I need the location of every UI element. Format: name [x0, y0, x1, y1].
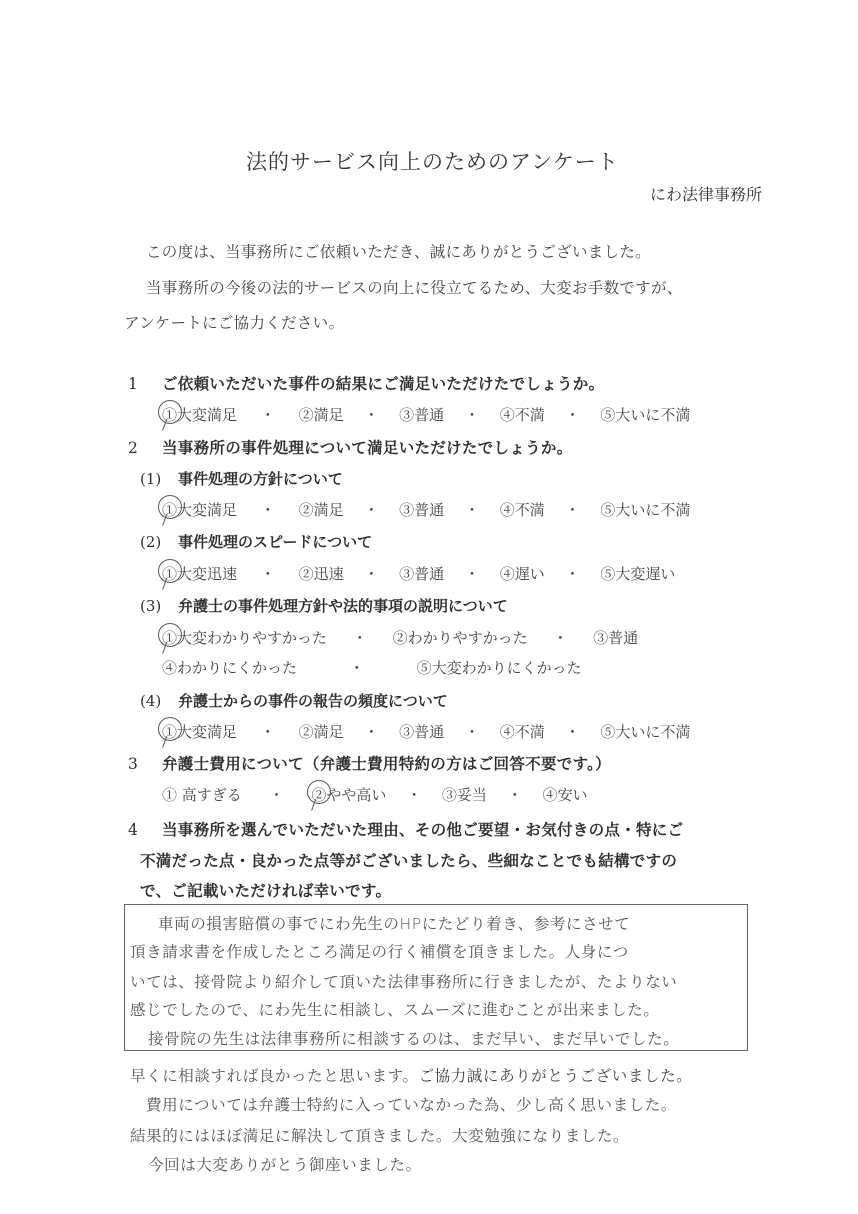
- option[interactable]: ④安い: [543, 784, 588, 805]
- question-number: 1: [128, 375, 162, 393]
- question-text: 当事務所を選んでいただいた理由、その他ご要望・お気付きの点・特にご: [162, 820, 683, 839]
- option[interactable]: ① 高すぎる: [162, 784, 242, 805]
- option[interactable]: ⑤大いに不満: [600, 404, 690, 425]
- question-text: 当事務所の事件処理について満足いただけたでしょうか。: [162, 438, 573, 457]
- option-selected[interactable]: ①大変迅速: [162, 563, 237, 584]
- survey-title: 法的サービス向上のためのアンケート: [246, 146, 619, 176]
- sub-question-number: (1): [140, 470, 178, 488]
- option[interactable]: ④不満: [500, 499, 545, 520]
- option[interactable]: ⑤大変わかりにくかった: [417, 657, 582, 678]
- option[interactable]: ③普通: [399, 404, 444, 425]
- question-2-3-options-row-2: ④わかりにくかった ・ ⑤大変わかりにくかった: [162, 657, 582, 678]
- handwritten-line-1: 車両の損害賠償の事でにわ先生のHPにたどり着き、参考にさせて: [158, 912, 630, 934]
- option[interactable]: ③普通: [399, 721, 444, 742]
- question-2-1: (1)事件処理の方針について: [140, 468, 343, 489]
- handwritten-line-9: 今回は大変ありがとう御座いました。: [148, 1153, 422, 1175]
- question-4-line-3: で、ご記載いただければ幸いです。: [140, 879, 391, 901]
- sub-question-text: 弁護士の事件処理方針や法的事項の説明について: [178, 597, 508, 615]
- option[interactable]: ⑤大いに不満: [600, 499, 690, 520]
- handwritten-line-2: 頂き請求書を作成したところ満足の行く補償を頂きました。人身につ: [130, 940, 629, 962]
- separator: ・: [332, 627, 388, 648]
- question-4-line-1: 4当事務所を選んでいただいた理由、その他ご要望・お気付きの点・特にご: [128, 818, 683, 840]
- separator: ・: [348, 404, 394, 425]
- question-number: 4: [128, 821, 162, 839]
- option[interactable]: ④わかりにくかった: [162, 657, 297, 678]
- option-selected[interactable]: ①大変満足: [162, 404, 237, 425]
- separator: ・: [550, 499, 596, 520]
- question-2-4: (4)弁護士からの事件の報告の頻度について: [140, 690, 448, 711]
- separator: ・: [242, 721, 294, 742]
- question-2-3-options-row-1: ①大変わかりやすかった ・ ②わかりやすかった ・ ③普通: [162, 627, 638, 648]
- separator: ・: [449, 404, 495, 425]
- question-2-4-options: ①大変満足 ・ ②満足 ・ ③普通 ・ ④不満 ・ ⑤大いに不満: [162, 721, 690, 742]
- option[interactable]: ③普通: [593, 627, 638, 648]
- sub-question-number: (4): [140, 692, 178, 710]
- separator: ・: [550, 563, 596, 584]
- intro-line-2: 当事務所の今後の法的サービスの向上に役立てるため、大変お手数ですが、: [146, 276, 683, 298]
- option-selected[interactable]: ②やや高い: [311, 784, 386, 805]
- separator: ・: [348, 721, 394, 742]
- separator: ・: [492, 784, 538, 805]
- firm-name: にわ法律事務所: [650, 182, 762, 205]
- option[interactable]: ④遅い: [500, 563, 545, 584]
- option[interactable]: ②迅速: [299, 563, 344, 584]
- option[interactable]: ②満足: [299, 499, 344, 520]
- question-3-options: ① 高すぎる ・ ②やや高い ・ ③妥当 ・ ④安い: [162, 784, 588, 805]
- separator: ・: [449, 499, 495, 520]
- separator: ・: [532, 627, 588, 648]
- printed-closing: ご協力誠にありがとうございました。: [419, 1067, 693, 1085]
- option[interactable]: ④不満: [500, 721, 545, 742]
- sub-question-number: (3): [140, 597, 178, 615]
- intro-line-1: この度は、当事務所にご依頼いただき、誠にありがとうございました。: [146, 240, 651, 262]
- question-number: 2: [128, 439, 162, 457]
- separator: ・: [550, 721, 596, 742]
- question-text: 弁護士費用について（弁護士費用特約の方はご回答不要です。）: [162, 754, 611, 773]
- question-2-2-options: ①大変迅速 ・ ②迅速 ・ ③普通 ・ ④遅い ・ ⑤大変遅い: [162, 563, 675, 584]
- separator: ・: [242, 563, 294, 584]
- option[interactable]: ②満足: [299, 404, 344, 425]
- separator: ・: [449, 721, 495, 742]
- intro-line-3: アンケートにご協力ください。: [124, 311, 344, 333]
- question-text: ご依頼いただいた事件の結果にご満足いただけたでしょうか。: [162, 374, 604, 393]
- question-number: 3: [128, 755, 162, 773]
- option[interactable]: ⑤大変遅い: [600, 563, 675, 584]
- separator: ・: [242, 499, 294, 520]
- option-selected[interactable]: ①大変満足: [162, 721, 237, 742]
- separator: ・: [302, 657, 412, 678]
- option[interactable]: ②わかりやすかった: [393, 627, 528, 648]
- handwritten-line-8: 結果的にはほぼ満足に解決して頂きました。大変勉強になりました。: [130, 1124, 629, 1146]
- handwritten-line-4: 感じでしたので、にわ先生に相談し、スムーズに進むことが出来ました。: [130, 998, 659, 1020]
- question-4-line-2: 不満だった点・良かった点等がございましたら、些細なことでも結構ですの: [140, 849, 677, 871]
- separator: ・: [550, 404, 596, 425]
- handwritten-line-6: 早くに相談すれば良かったと思います。: [130, 1067, 419, 1085]
- option[interactable]: ④不満: [500, 404, 545, 425]
- question-2: 2当事務所の事件処理について満足いただけたでしょうか。: [128, 436, 573, 458]
- option-selected[interactable]: ①大変満足: [162, 499, 237, 520]
- question-1-options: ①大変満足 ・ ②満足 ・ ③普通 ・ ④不満 ・ ⑤大いに不満: [162, 404, 690, 425]
- option-selected[interactable]: ①大変わかりやすかった: [162, 627, 327, 648]
- separator: ・: [391, 784, 437, 805]
- sub-question-text: 弁護士からの事件の報告の頻度について: [178, 692, 448, 710]
- question-2-3: (3)弁護士の事件処理方針や法的事項の説明について: [140, 595, 508, 616]
- separator: ・: [247, 784, 307, 805]
- question-1: 1ご依頼いただいた事件の結果にご満足いただけたでしょうか。: [128, 372, 604, 394]
- separator: ・: [348, 563, 394, 584]
- option[interactable]: ③普通: [399, 563, 444, 584]
- handwritten-line-5: 接骨院の先生は法律事務所に相談するのは、まだ早い、まだ早いでした。: [148, 1027, 679, 1049]
- separator: ・: [348, 499, 394, 520]
- sub-question-number: (2): [140, 533, 178, 551]
- handwritten-line-6-row: 早くに相談すれば良かったと思います。ご協力誠にありがとうございました。: [130, 1064, 692, 1086]
- question-2-1-options: ①大変満足 ・ ②満足 ・ ③普通 ・ ④不満 ・ ⑤大いに不満: [162, 499, 690, 520]
- handwritten-line-7: 費用については弁護士特約に入っていなかった為、少し高く思いました。: [146, 1093, 677, 1115]
- sub-question-text: 事件処理の方針について: [178, 470, 343, 488]
- question-3: 3弁護士費用について（弁護士費用特約の方はご回答不要です。）: [128, 752, 611, 774]
- question-2-2: (2)事件処理のスピードについて: [140, 531, 372, 552]
- handwritten-line-3: いては、接骨院より紹介して頂いた法律事務所に行きましたが、たよりない: [130, 970, 677, 992]
- option[interactable]: ③普通: [399, 499, 444, 520]
- option[interactable]: ③妥当: [442, 784, 487, 805]
- separator: ・: [449, 563, 495, 584]
- option[interactable]: ②満足: [299, 721, 344, 742]
- sub-question-text: 事件処理のスピードについて: [178, 533, 372, 551]
- separator: ・: [242, 404, 294, 425]
- option[interactable]: ⑤大いに不満: [600, 721, 690, 742]
